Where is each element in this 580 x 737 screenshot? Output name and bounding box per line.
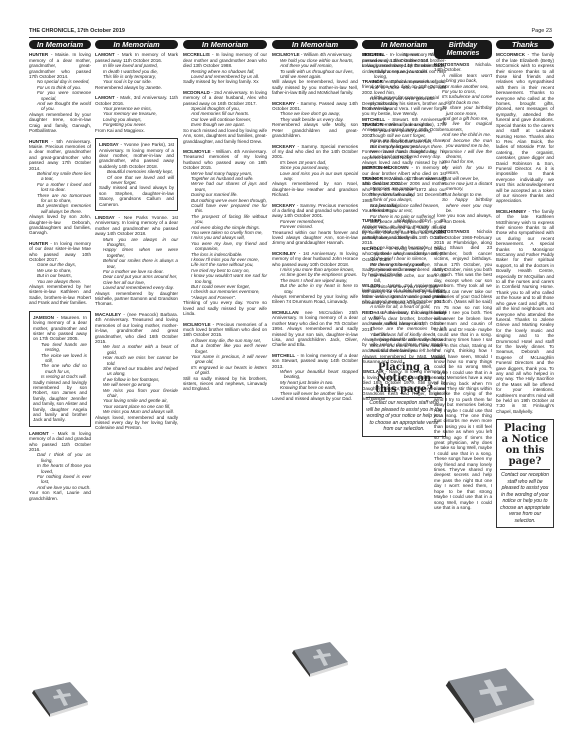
notice-name: TURNER xyxy=(362,218,381,223)
column-1: In MemoriamHUNTER - Maisie. In loving me… xyxy=(29,40,91,506)
verse-line: Dad I think of you as living, xyxy=(37,452,91,463)
notice: MACAULEY - (nee Peacock) Barbara. 4th An… xyxy=(95,312,178,431)
notice-text: - William 4th Anniversary. xyxy=(301,52,352,57)
verse-line: The one who did so much for us, xyxy=(41,363,87,374)
verse-line: And we thought the world of you. xyxy=(37,101,91,112)
notice-signoff: Always loved by son John, daughter-in-la… xyxy=(29,214,91,236)
notice-signoff: Sadly missed and loved always by son Ste… xyxy=(99,185,174,207)
notice: MCCRELLIS - In loving memory of our dear… xyxy=(183,52,267,84)
notice-name: MCKEARY xyxy=(272,101,295,106)
notice-text: - (nee Peacock) Barbara. 4th Anniversary… xyxy=(95,312,178,344)
verse-line: Your loving smile and gentle air, xyxy=(103,398,178,403)
notice-signoff: Remembered always wife Molly, son Peter … xyxy=(272,122,358,138)
notice-signoff: Always remembered by her sisters-in-law … xyxy=(29,284,91,306)
verse: No special day is needed,For us to think… xyxy=(29,79,91,111)
verse-line: Mum you are always in our thoughts, xyxy=(103,237,178,248)
verse-line: For a mother I loved and lost so dear. xyxy=(37,182,91,193)
placing-notice-box: Placing a Notice on this page?Contact ou… xyxy=(496,419,554,528)
verse-line: We miss you from your fireside chair, xyxy=(103,388,178,399)
verse-line: How much we miss her cannot be told. xyxy=(103,355,178,366)
notice-name: MCKEARY xyxy=(272,144,295,149)
verse: Forever remembered,Forever missed. xyxy=(272,219,358,230)
notice-text: nee McCrudden 25th Anniversary. In lovin… xyxy=(272,310,358,347)
verse-line: She shared our troubles and helped us al… xyxy=(103,366,178,377)
verse: Gone our the days,We use to share,But in… xyxy=(29,262,91,284)
column-3: In MemoriamMCCRELLIS - In loving memory … xyxy=(183,40,267,397)
verse-line: We lost a mother with a heart of gold, xyxy=(103,344,178,355)
notice: MCILMOYLE - William 4th Anniversary.We h… xyxy=(272,52,358,95)
verse: Behind my smile there lies a tear,For a … xyxy=(29,171,91,214)
verse: It's been 18 years dad,Since you passed … xyxy=(272,160,358,182)
section-banner: Birthday Memories xyxy=(434,40,492,59)
notice: MCKEARY - Sammy. Special memories of my … xyxy=(272,144,358,198)
verse: Beautiful memories silently kept,Of one … xyxy=(99,169,174,185)
verse-line: Your name is precious, it will never gro… xyxy=(191,354,267,365)
notice: MCILMOYLE - Precious memories of a much … xyxy=(183,322,267,392)
verse-line: And see the child in me. xyxy=(442,132,492,137)
notice: LAMONT - Mark, 3rd Anniversary. 11th Oct… xyxy=(95,95,178,133)
verse: Resting where no shadows fall,Loved and … xyxy=(183,69,267,80)
verse-line: My wish for you to return, xyxy=(442,165,492,176)
notice-signoff: Your son Karl, Laurie and grandchildren. xyxy=(29,490,91,501)
notice-name: MCILMOYLE xyxy=(183,149,211,154)
verse-line: Loved and remembered every day. xyxy=(103,285,178,290)
verse-line: In the hearts of those you loved, xyxy=(37,463,91,474)
notice-name: TRAINOR xyxy=(362,176,383,181)
column-8: ThanksMCCORMICK - The family of the late… xyxy=(496,40,554,528)
notice: MCCORMICK - The family of the late Eliza… xyxy=(496,52,554,203)
notice-name: TRAINOR xyxy=(362,122,383,127)
verse-line: For nothing loved is ever lost, xyxy=(37,474,91,485)
verse-line: Is resting at God's will. xyxy=(41,374,87,379)
notice: LINDSAY - Yvonne (nee Parks), 1st Annive… xyxy=(95,138,178,211)
notice-signoff: Always remembered by daughter Michelle, … xyxy=(95,291,178,307)
notice: HUNTER - Maisie. In loving memory of a d… xyxy=(29,52,91,133)
notice: MCILMOYLE - William. 4th Anniversary. Tr… xyxy=(183,149,267,317)
notice-text: - The family of the late Kathleen McElhi… xyxy=(496,209,554,414)
notice-name: LINDSAY xyxy=(95,215,115,220)
page-header: THE CHRONICLE, 17th October 2019 Page 23 xyxy=(29,28,552,38)
notice: MITCHELL - In loving memory of a dear so… xyxy=(272,353,358,402)
notice: MCMULLAN nee McCrudden 25th Anniversary.… xyxy=(272,310,358,348)
verse-line: But a brother like you we'll never forge… xyxy=(191,343,267,354)
verse-line: Happy times when we were together, xyxy=(103,247,178,258)
bible-icon xyxy=(435,665,545,725)
notice-name: MITCHELL xyxy=(272,353,295,358)
verse: A million tears won't bring you back,Nor… xyxy=(434,73,492,214)
verse: Dad I think of you as living,In the hear… xyxy=(29,452,91,490)
verse-line: So happy birthday where ever you may be. xyxy=(442,197,492,213)
verse: Your presence we miss,Your memory we tre… xyxy=(95,106,178,128)
column-4: In MemoriamMCILMOYLE - William 4th Anniv… xyxy=(272,40,358,406)
notice-signoff: Loved and missed always by your Dad. xyxy=(272,396,358,401)
verse: Two tired hands are resting,The voice we… xyxy=(33,342,87,380)
verse-line: Behind my smile there lies a tear, xyxy=(37,171,91,182)
notice-name: HUNTER xyxy=(29,52,48,57)
verse-line: But the ache in my heart is here to stay… xyxy=(280,283,358,294)
notice-name: MCMULLAN xyxy=(272,310,299,315)
verse: Those we love don't go away,They walk be… xyxy=(272,111,358,122)
notice: MCKINLEY - 1st Anniversary. In loving me… xyxy=(272,251,358,305)
notice: MCKEARY - Sammy. Precious memories of a … xyxy=(272,203,358,246)
verse-line: I promise I will live the dreams, xyxy=(442,149,492,160)
notice: KONTOSTANOS Nichola. 14th October.A mill… xyxy=(434,62,492,224)
verse-line: It's turbulence and come right back to m… xyxy=(442,94,492,105)
verse: Special thoughts of you,And memories fil… xyxy=(183,106,267,128)
notice: MCELHINNEY - The family of the late Kath… xyxy=(496,209,554,414)
placing-notice-body: Contact our reception staff who will be … xyxy=(500,472,550,524)
verse: When your beautiful heart stopped beatin… xyxy=(272,369,358,396)
verse-line: Two tired hands are resting, xyxy=(41,342,87,353)
notice-name: MCELHINNEY xyxy=(496,209,526,214)
verse: We've had many happy years,Together as h… xyxy=(183,171,267,301)
verse-line: To live for magical sunsets, xyxy=(442,121,492,132)
notice: MCKEARY - Sammy. Passed away 14th Octobe… xyxy=(272,101,358,139)
verse-line: The prospect of facing life without you, xyxy=(191,214,267,225)
notice: MCDONALD - 2nd Anniversary. In loving me… xyxy=(183,90,267,144)
notice: LINDSAY - Nee Parks Yvonne. 1st Annivers… xyxy=(95,215,178,307)
section-banner: In Memoriam xyxy=(29,40,91,49)
verse-line: But yesterdays memories will always be t… xyxy=(37,203,91,214)
notice-name: MCILMOYLE xyxy=(183,322,211,327)
placing-notice-body: Contact our reception staff who will be … xyxy=(366,400,442,433)
placing-notice-title: Placing a Notice on this page? xyxy=(500,423,550,470)
notice-signoff: Remembered always by Janette. xyxy=(95,85,178,90)
section-banner: In Memoriam xyxy=(183,40,267,49)
notice-name: SKELTON xyxy=(362,52,384,57)
notice-name: MCCORMICK xyxy=(496,52,525,57)
verse-line: The voice we loved is still, xyxy=(41,353,87,364)
notice-signoff: Thinking of you every day. You're so lov… xyxy=(183,300,267,316)
section-banner: Thanks xyxy=(496,40,554,49)
notice-name: MCKEARY xyxy=(272,203,295,208)
verse: Mum you are always in our thoughts,Happy… xyxy=(95,237,178,291)
verse-line: A million tears won't bring you back, xyxy=(442,73,492,84)
verse-line: Could have ever prepared me for this. xyxy=(191,203,267,214)
notice-text: - 5th Anniversary. Maisie. Precious memo… xyxy=(29,139,91,171)
bible-icon xyxy=(290,640,350,678)
notice-signoff: Treasured within our hearts forever and … xyxy=(272,230,358,246)
notice-signoff: Sadly missed and lovingly remembered by … xyxy=(33,380,87,423)
notice-signoff: Always loved, remembered and sadly misse… xyxy=(95,415,178,431)
notice-name: MCILMOYLE xyxy=(272,52,300,57)
notice-text: Nichola 14th October 1968-February 2015 … xyxy=(434,229,492,510)
newspaper-title: THE CHRONICLE, 17th October 2019 xyxy=(29,28,125,34)
notice-signoff: Always remembered by your daughter Irene… xyxy=(29,112,91,134)
verse-line: It's engraved in our hearts in letters o… xyxy=(191,365,267,376)
notice-name: JAMISON xyxy=(33,315,54,320)
verse-line: To share your birthday just once more, xyxy=(442,105,492,116)
bible-icon xyxy=(30,680,90,718)
verse-line: For you were someone special, xyxy=(37,90,91,101)
verse-line: And become the man you wanted me to be, xyxy=(442,138,492,149)
notice-name: LAMONT xyxy=(95,52,115,57)
notice-name: LAMONT xyxy=(29,431,49,436)
verse-line: Love and miss you in our own special way… xyxy=(280,171,358,182)
notice-name: MACAULEY xyxy=(95,312,121,317)
notice-name: WILSON xyxy=(362,283,380,288)
verse-line: There are no tomorrows for us to share, xyxy=(37,193,91,204)
notice-name: KONTOSTANOS xyxy=(434,62,469,67)
notice-name: TRAINOR xyxy=(362,79,383,84)
notice-signoff: From Kai and Maggiexx. xyxy=(95,128,178,133)
notice-name: KONTOSTANOS xyxy=(434,229,469,234)
verse-line: When your beautiful heart stopped beatin… xyxy=(280,369,358,380)
verse-line: Behind our smiles there is always a tear… xyxy=(103,258,178,269)
notice-name: LAMONT xyxy=(95,95,115,100)
verse: In life we loved and parted,In death I w… xyxy=(95,63,178,85)
notice-name: HUNTER xyxy=(29,241,48,246)
notice-name: LINDSAY xyxy=(99,142,119,147)
verse-line: Beautiful memories silently kept, xyxy=(107,169,174,174)
notice: KONTOSTANOS Nichola 14th October 1968-Fe… xyxy=(434,229,492,510)
notice: LAMONT - Mark In memory of Mark passed a… xyxy=(95,52,178,90)
notice-name: MCKINLEY xyxy=(272,251,296,256)
notice-signoff: Will always be remembered, loved and sad… xyxy=(272,79,358,95)
notice: HUNTER - In loving memory of our dear si… xyxy=(29,241,91,306)
notice-signoff: Sadly missed by her loving family. Xx xyxy=(183,79,267,84)
notice-signoff: I love you now and always, your son Dere… xyxy=(434,213,492,224)
notice: LAMONT - Mark In loving memory of a dad … xyxy=(29,431,91,501)
verse-line: We've had our shares of joys and tears, xyxy=(191,181,267,192)
notice-signoff: Always remembered by your loving wife Ei… xyxy=(272,294,358,305)
notice-name: HUNTER xyxy=(29,139,48,144)
verse-line: You're now just a distant memory, xyxy=(442,181,492,192)
verse-line: Of one that we loved and will never forg… xyxy=(107,175,174,186)
page-number: Page 23 xyxy=(532,28,553,34)
column-2: In MemoriamLAMONT - Mark In memory of Ma… xyxy=(95,40,178,436)
notice-name: MCDONALD xyxy=(183,90,210,95)
verse-line: I know you wouldn't want me sad for too … xyxy=(191,273,267,284)
notice-text: - The family of the late Elizabeth (Bett… xyxy=(496,52,554,203)
verse-line: We miss you Mum and always will. xyxy=(103,409,178,414)
notice: HUNTER - 5th Anniversary. Maisie. Precio… xyxy=(29,139,91,236)
verse: I miss you more than anyone knows,As tim… xyxy=(272,267,358,294)
verse: A flower may die, the sun may set,But a … xyxy=(183,338,267,376)
verse-line: You were my love, my friend and companio… xyxy=(191,241,267,252)
column-7: Birthday MemoriesKONTOSTANOS Nichola. 14… xyxy=(434,40,492,515)
placing-notice-title: Placing a Notice on this page? xyxy=(366,362,442,398)
notice-signoff: Always remembered by son Noel, daughter-… xyxy=(272,181,358,197)
section-banner: In Memoriam xyxy=(272,40,358,49)
notice-signoff: So much missed and loved by loving wife … xyxy=(183,128,267,144)
verse: We lost a mother with a heart of gold,Ho… xyxy=(95,344,178,414)
notice: JAMISON - Maureen. In loving memory of a… xyxy=(29,311,91,427)
notice-signoff: Still so sadly missed by his brothers, s… xyxy=(183,376,267,392)
notice-name: MCCRELLIS xyxy=(183,52,210,57)
section-banner: In Memoriam xyxy=(95,40,178,49)
verse: We hold you close within our hearts,And … xyxy=(272,58,358,80)
